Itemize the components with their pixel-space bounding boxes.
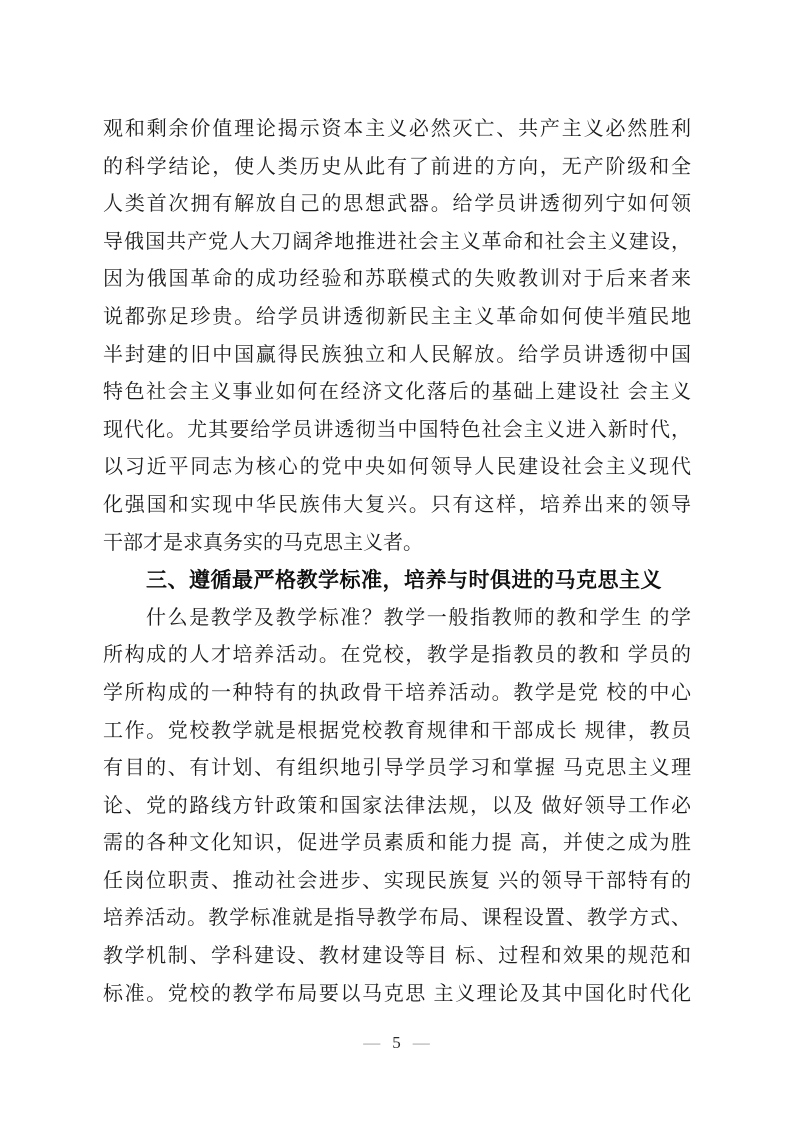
paragraph-1-line: 观和剩余价值理论揭示资本主义必然灭亡、共产主义必然胜利	[103, 111, 691, 149]
page-footer: —5—	[0, 1031, 793, 1055]
section-heading: 三、遵循最严格教学标准，培养与时俱进的马克思主义	[103, 562, 691, 600]
paragraph-2-line: 培养活动。教学标准就是指导教学布局、课程设置、教学方式、	[103, 900, 691, 938]
footer-dash-right: —	[413, 1033, 430, 1052]
paragraph-1-line: 人类首次拥有解放自己的思想武器。给学员讲透彻列宁如何领	[103, 186, 691, 224]
page-number: 5	[392, 1031, 401, 1055]
paragraph-1-line: 导俄国共产党人大刀阔斧地推进社会主义革命和社会主义建设，	[103, 224, 691, 262]
paragraph-1-line: 现代化。尤其要给学员讲透彻当中国特色社会主义进入新时代，	[103, 412, 691, 450]
paragraph-1: 观和剩余价值理论揭示资本主义必然灭亡、共产主义必然胜利 的科学结论，使人类历史从…	[103, 111, 691, 562]
paragraph-2-line: 需的各种文化知识，促进学员素质和能力提 高，并使之成为胜	[103, 825, 691, 863]
paragraph-2-line: 任岗位职责、推动社会进步、实现民族复 兴的领导干部特有的	[103, 863, 691, 901]
paragraph-1-line: 以习近平同志为核心的党中央如何领导人民建设社会主义现代	[103, 449, 691, 487]
paragraph-2-line: 什么是教学及教学标准？教学一般指教师的教和学生 的学	[103, 600, 691, 638]
paragraph-1-line: 化强国和实现中华民族伟大复兴。只有这样，培养出来的领导	[103, 487, 691, 525]
paragraph-2-line: 标准。党校的教学布局要以马克思 主义理论及其中国化时代化	[103, 976, 691, 1014]
paragraph-2-line: 工作。党校教学就是根据党校教育规律和干部成长 规律，教员	[103, 713, 691, 751]
paragraph-2-line: 教学机制、学科建设、教材建设等目 标、过程和效果的规范和	[103, 938, 691, 976]
paragraph-1-line: 的科学结论，使人类历史从此有了前进的方向，无产阶级和全	[103, 149, 691, 187]
paragraph-2: 什么是教学及教学标准？教学一般指教师的教和学生 的学 所构成的人才培养活动。在党…	[103, 600, 691, 1014]
paragraph-1-line: 干部才是求真务实的马克思主义者。	[103, 525, 691, 563]
paragraph-1-line: 半封建的旧中国赢得民族独立和人民解放。给学员讲透彻中国	[103, 337, 691, 375]
paragraph-2-line: 学所构成的一种特有的执政骨干培养活动。教学是党 校的中心	[103, 675, 691, 713]
paragraph-2-line: 有目的、有计划、有组织地引导学员学习和掌握 马克思主义理	[103, 750, 691, 788]
document-page: 观和剩余价值理论揭示资本主义必然灭亡、共产主义必然胜利 的科学结论，使人类历史从…	[0, 0, 793, 1122]
paragraph-1-line: 特色社会主义事业如何在经济文化落后的基础上建设社 会主义	[103, 374, 691, 412]
paragraph-2-line: 所构成的人才培养活动。在党校，教学是指教员的教和 学员的	[103, 637, 691, 675]
paragraph-1-line: 因为俄国革命的成功经验和苏联模式的失败教训对于后来者来	[103, 261, 691, 299]
paragraph-2-line: 论、党的路线方针政策和国家法律法规，以及 做好领导工作必	[103, 788, 691, 826]
footer-dash-left: —	[363, 1033, 380, 1052]
paragraph-1-line: 说都弥足珍贵。给学员讲透彻新民主主义革命如何使半殖民地	[103, 299, 691, 337]
document-text-block: 观和剩余价值理论揭示资本主义必然灭亡、共产主义必然胜利 的科学结论，使人类历史从…	[103, 111, 691, 1013]
